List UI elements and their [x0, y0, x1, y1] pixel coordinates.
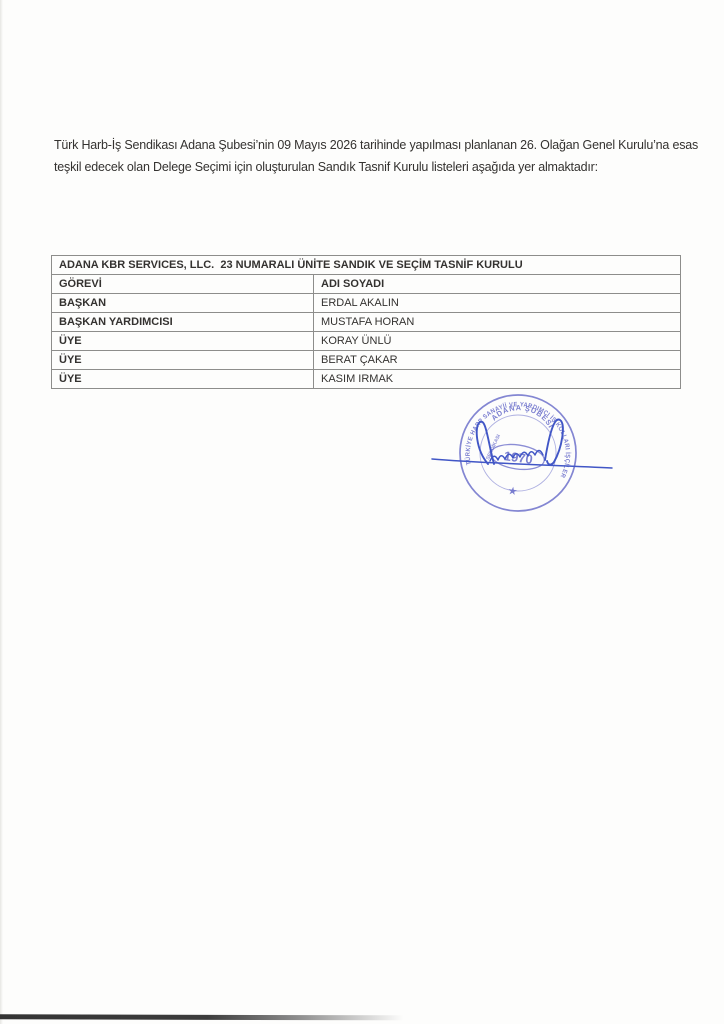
star-icon: ★ [507, 485, 519, 498]
table-row: ÜYE BERAT ÇAKAR [52, 351, 681, 370]
column-header-role: GÖREVİ [52, 275, 314, 294]
name-cell: KORAY ÜNLÜ [314, 332, 681, 351]
role-cell: ÜYE [52, 332, 314, 351]
table-row: BAŞKAN ERDAL AKALIN [52, 294, 681, 313]
scan-artifact-left-edge [0, 0, 3, 1024]
signature-loop-right [545, 419, 563, 464]
intro-paragraph: Türk Harb-İş Sendikası Adana Şubesi’nin … [54, 134, 699, 178]
role-cell: BAŞKAN [52, 294, 314, 313]
column-header-name: ADI SOYADI [314, 275, 681, 294]
name-cell: MUSTAFA HORAN [314, 313, 681, 332]
table-title-row: ADANA KBR SERVICES, LLC. 23 NUMARALI ÜNİ… [52, 256, 681, 275]
role-cell: BAŞKAN YARDIMCISI [52, 313, 314, 332]
scanned-document-page: Türk Harb-İş Sendikası Adana Şubesi’nin … [0, 0, 724, 1024]
table-row: ÜYE KORAY ÜNLÜ [52, 332, 681, 351]
signature-underline [432, 459, 612, 468]
table-header-row: GÖREVİ ADI SOYADI [52, 275, 681, 294]
role-cell: ÜYE [52, 370, 314, 389]
table-row: ÜYE KASIM IRMAK [52, 370, 681, 389]
name-cell: ERDAL AKALIN [314, 294, 681, 313]
name-cell: BERAT ÇAKAR [314, 351, 681, 370]
signature-scribble [428, 408, 623, 486]
table-title: ADANA KBR SERVICES, LLC. 23 NUMARALI ÜNİ… [52, 256, 681, 275]
scan-artifact-bottom-edge [0, 1014, 545, 1020]
table-row: BAŞKAN YARDIMCISI MUSTAFA HORAN [52, 313, 681, 332]
role-cell: ÜYE [52, 351, 314, 370]
signature-zigzag [490, 451, 543, 462]
committee-table: ADANA KBR SERVICES, LLC. 23 NUMARALI ÜNİ… [51, 255, 681, 389]
